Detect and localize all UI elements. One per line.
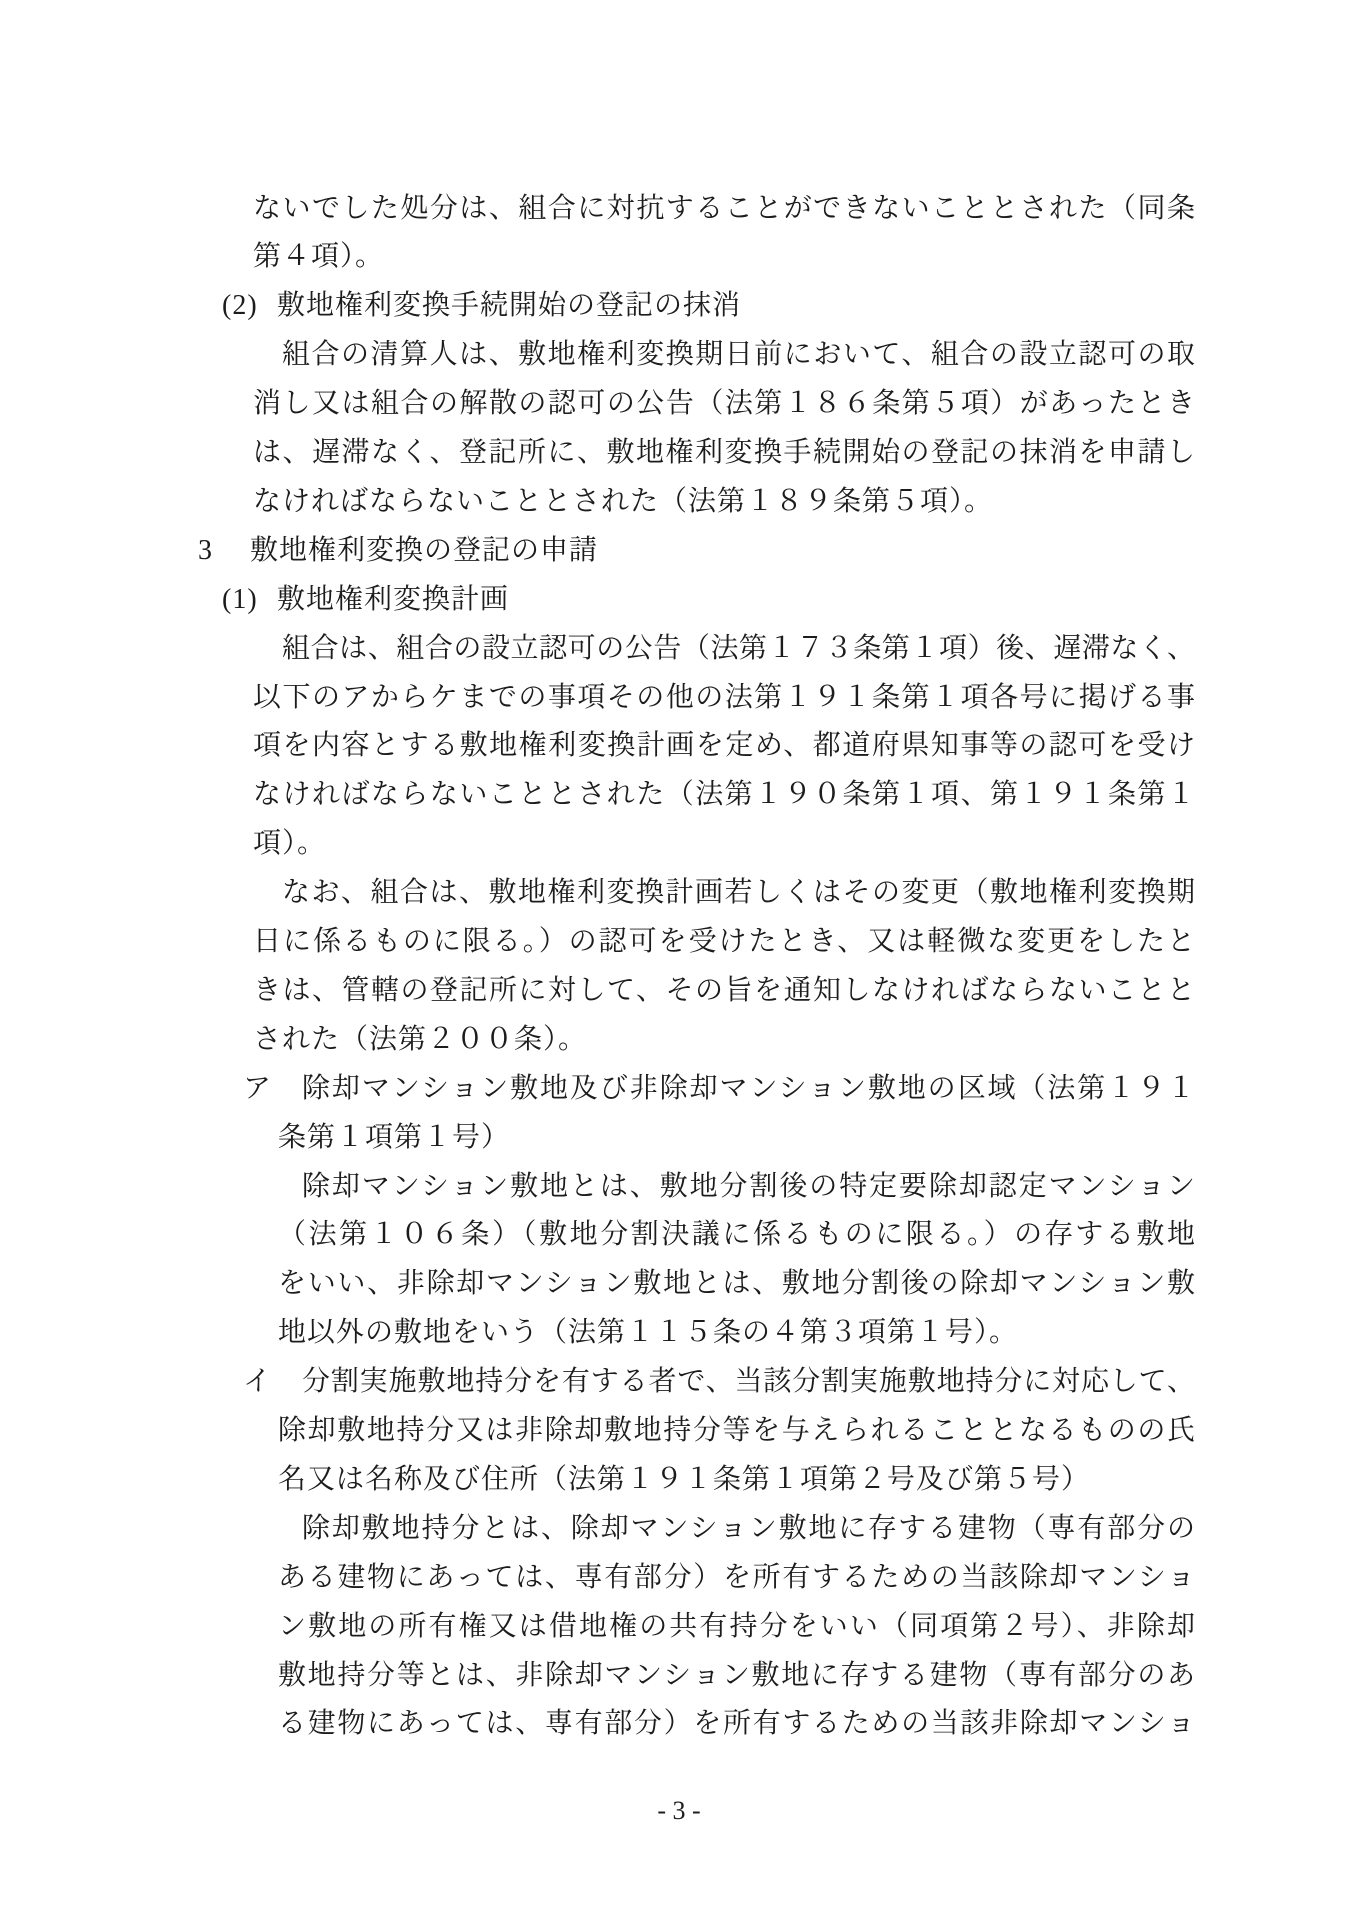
- line-text: 敷地権利変換の登記の申請: [250, 535, 598, 566]
- text-line: 組合は、組合の設立認可の公告（法第１７３条第１項）後、遅滞なく、: [282, 624, 1195, 673]
- text-line: 名又は名称及び住所（法第１９１条第１項第２号及び第５号）: [278, 1455, 1090, 1504]
- list-marker: (1): [222, 575, 258, 624]
- line-text: 条第１項第１号）: [278, 1122, 510, 1153]
- line-text: 以下のアからケまでの事項その他の法第１９１条第１項各号に掲げる事: [253, 682, 1195, 713]
- line-text: 除却敷地持分又は非除却敷地持分等を与えられることとなるものの氏: [278, 1415, 1195, 1446]
- line-text: なお、組合は、敷地権利変換計画若しくはその変更（敷地権利変換期: [282, 877, 1195, 908]
- text-line: きは、管轄の登記所に対して、その旨を通知しなければならないことと: [253, 966, 1195, 1015]
- text-line: 以下のアからケまでの事項その他の法第１９１条第１項各号に掲げる事: [253, 673, 1195, 722]
- text-line: 消し又は組合の解散の認可の公告（法第１８６条第５項）があったとき: [253, 379, 1195, 428]
- text-line: は、遅滞なく、登記所に、敷地権利変換手続開始の登記の抹消を申請し: [253, 428, 1195, 477]
- text-line: 敷地持分等とは、非除却マンション敷地に存する建物（専有部分のあ: [278, 1651, 1195, 1700]
- line-text: ないでした処分は、組合に対抗することができないこととされた（同条: [253, 193, 1195, 224]
- page-number: - 3 -: [0, 1786, 1358, 1835]
- line-text: 敷地権利変換手続開始の登記の抹消: [277, 290, 741, 321]
- text-line: る建物にあっては、専有部分）を所有するための当該非除却マンショ: [278, 1699, 1195, 1748]
- line-text: 組合の清算人は、敷地権利変換期日前において、組合の設立認可の取: [282, 339, 1195, 370]
- text-line: ないでした処分は、組合に対抗することができないこととされた（同条: [253, 184, 1195, 233]
- text-line: ン敷地の所有権又は借地権の共有持分をいい（同項第２号）、非除却: [278, 1602, 1195, 1651]
- text-line: 除却敷地持分とは、除却マンション敷地に存する建物（専有部分の: [302, 1504, 1195, 1553]
- line-text: をいい、非除却マンション敷地とは、敷地分割後の除却マンション敷: [278, 1268, 1195, 1299]
- line-text: 除却敷地持分とは、除却マンション敷地に存する建物（専有部分の: [302, 1513, 1195, 1544]
- text-line: 組合の清算人は、敷地権利変換期日前において、組合の設立認可の取: [282, 330, 1195, 379]
- text-line: （法第１０６条）（敷地分割決議に係るものに限る。）の存する敷地: [278, 1210, 1195, 1259]
- section-heading-line: ア除却マンション敷地及び非除却マンション敷地の区域（法第１９１: [302, 1064, 1195, 1113]
- section-heading-line: 3敷地権利変換の登記の申請: [250, 526, 598, 575]
- line-text: 消し又は組合の解散の認可の公告（法第１８６条第５項）があったとき: [253, 388, 1195, 419]
- text-line: 項）。: [253, 819, 326, 868]
- text-line: ある建物にあっては、専有部分）を所有するための当該除却マンショ: [278, 1553, 1195, 1602]
- line-text: 第４項）。: [253, 241, 384, 272]
- line-text: 地以外の敷地をいう（法第１１５条の４第３項第１号）。: [278, 1317, 1018, 1348]
- line-text: きは、管轄の登記所に対して、その旨を通知しなければならないことと: [253, 975, 1195, 1006]
- line-text: ン敷地の所有権又は借地権の共有持分をいい（同項第２号）、非除却: [278, 1611, 1195, 1642]
- text-line: なければならないこととされた（法第１８９条第５項）。: [253, 477, 993, 526]
- line-text: ある建物にあっては、専有部分）を所有するための当該除却マンショ: [278, 1562, 1195, 1593]
- text-line: 項を内容とする敷地権利変換計画を定め、都道府県知事等の認可を受け: [253, 721, 1195, 770]
- text-line: 除却敷地持分又は非除却敷地持分等を与えられることとなるものの氏: [278, 1406, 1195, 1455]
- text-line: なければならないこととされた（法第１９０条第１項、第１９１条第１: [253, 770, 1195, 819]
- line-text: なければならないこととされた（法第１８９条第５項）。: [253, 486, 993, 517]
- document-page: ないでした処分は、組合に対抗することができないこととされた（同条第４項）。(2)…: [0, 0, 1358, 1920]
- line-text: 除却マンション敷地とは、敷地分割後の特定要除却認定マンション: [302, 1171, 1195, 1202]
- text-line: をいい、非除却マンション敷地とは、敷地分割後の除却マンション敷: [278, 1259, 1195, 1308]
- line-text: 分割実施敷地持分を有する者で、当該分割実施敷地持分に対応して、: [302, 1366, 1195, 1397]
- text-line: 日に係るものに限る。）の認可を受けたとき、又は軽微な変更をしたと: [253, 917, 1195, 966]
- text-line: された（法第２００条）。: [253, 1015, 587, 1064]
- text-line: なお、組合は、敷地権利変換計画若しくはその変更（敷地権利変換期: [282, 868, 1195, 917]
- line-text: は、遅滞なく、登記所に、敷地権利変換手続開始の登記の抹消を申請し: [253, 437, 1195, 468]
- list-marker: イ: [243, 1357, 271, 1406]
- line-text: 除却マンション敷地及び非除却マンション敷地の区域（法第１９１: [302, 1073, 1195, 1104]
- section-heading-line: (1)敷地権利変換計画: [277, 575, 509, 624]
- line-text: る建物にあっては、専有部分）を所有するための当該非除却マンショ: [278, 1708, 1195, 1739]
- line-text: 敷地持分等とは、非除却マンション敷地に存する建物（専有部分のあ: [278, 1660, 1195, 1691]
- text-line: 地以外の敷地をいう（法第１１５条の４第３項第１号）。: [278, 1308, 1018, 1357]
- line-text: なければならないこととされた（法第１９０条第１項、第１９１条第１: [253, 779, 1195, 810]
- section-heading-line: (2)敷地権利変換手続開始の登記の抹消: [277, 281, 741, 330]
- text-line: 除却マンション敷地とは、敷地分割後の特定要除却認定マンション: [302, 1162, 1195, 1211]
- line-text: 日に係るものに限る。）の認可を受けたとき、又は軽微な変更をしたと: [253, 926, 1195, 957]
- line-text: された（法第２００条）。: [253, 1024, 587, 1055]
- line-text: 項）。: [253, 828, 326, 859]
- text-line: 第４項）。: [253, 232, 384, 281]
- list-marker: (2): [222, 281, 258, 330]
- line-text: 名又は名称及び住所（法第１９１条第１項第２号及び第５号）: [278, 1464, 1090, 1495]
- list-marker: ア: [243, 1064, 271, 1113]
- list-marker: 3: [198, 526, 213, 575]
- line-text: 組合は、組合の設立認可の公告（法第１７３条第１項）後、遅滞なく、: [282, 633, 1195, 664]
- text-line: 条第１項第１号）: [278, 1113, 510, 1162]
- line-text: 項を内容とする敷地権利変換計画を定め、都道府県知事等の認可を受け: [253, 730, 1195, 761]
- section-heading-line: イ分割実施敷地持分を有する者で、当該分割実施敷地持分に対応して、: [302, 1357, 1195, 1406]
- line-text: （法第１０６条）（敷地分割決議に係るものに限る。）の存する敷地: [278, 1219, 1195, 1250]
- line-text: 敷地権利変換計画: [277, 584, 509, 615]
